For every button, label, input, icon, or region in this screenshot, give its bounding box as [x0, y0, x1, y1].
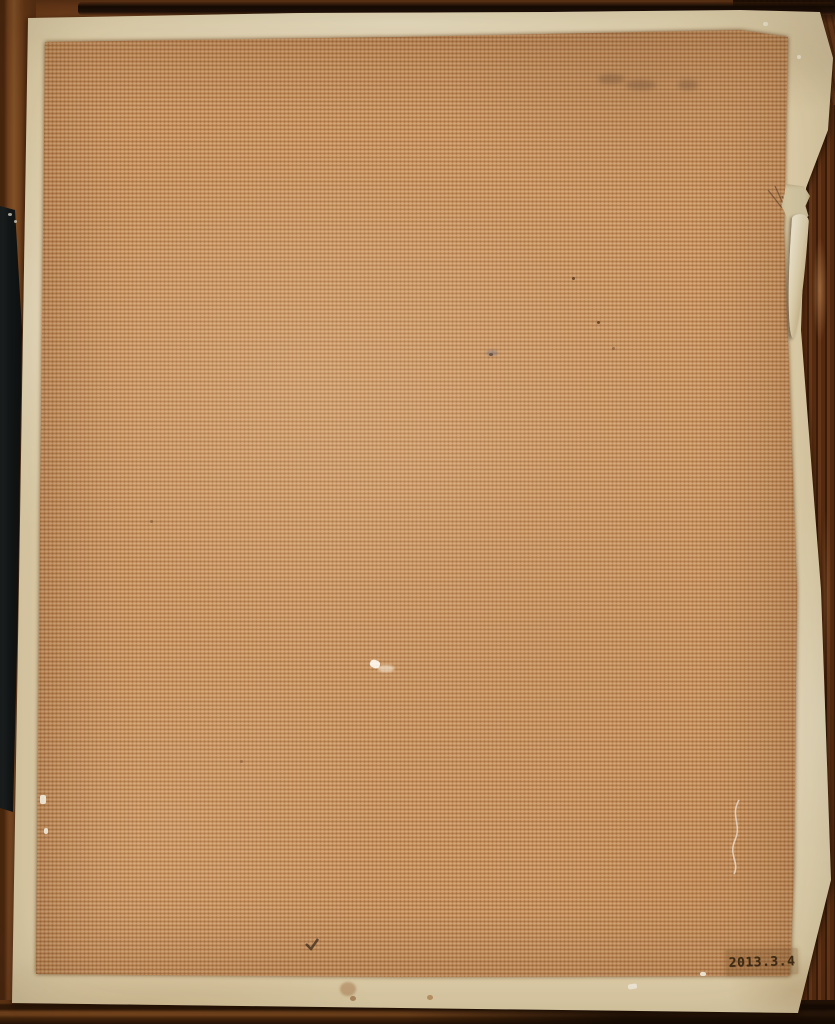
stain-mark — [427, 995, 433, 1000]
tape-tear — [778, 182, 822, 342]
tape-chip — [763, 22, 768, 26]
smudge-mark — [626, 80, 656, 90]
speck-mark — [612, 347, 615, 350]
stain-mark — [340, 982, 356, 996]
accession-stamp: 2013.3.4 — [726, 948, 799, 976]
stain-mark — [350, 996, 356, 1001]
smudge-mark — [598, 74, 624, 84]
speck-mark — [150, 520, 153, 523]
tape-chip — [797, 55, 801, 59]
scuff-mark — [378, 665, 394, 672]
speck-mark — [572, 277, 575, 280]
fiberboard-panel — [0, 0, 835, 1024]
accession-stamp-text: 2013.3.4 — [729, 954, 796, 971]
blue-smudge-mark — [486, 350, 498, 356]
smudge-mark — [678, 80, 698, 90]
speck-mark — [597, 321, 600, 324]
photo-frame-back: 2013.3.4 — [0, 0, 835, 1024]
panel-shadow-seam — [0, 0, 835, 1024]
tape-tear-flap — [784, 214, 810, 339]
speck-mark — [240, 760, 243, 763]
tape-chip — [44, 828, 48, 834]
tape-chip — [700, 972, 706, 976]
tape-chip — [40, 795, 46, 804]
